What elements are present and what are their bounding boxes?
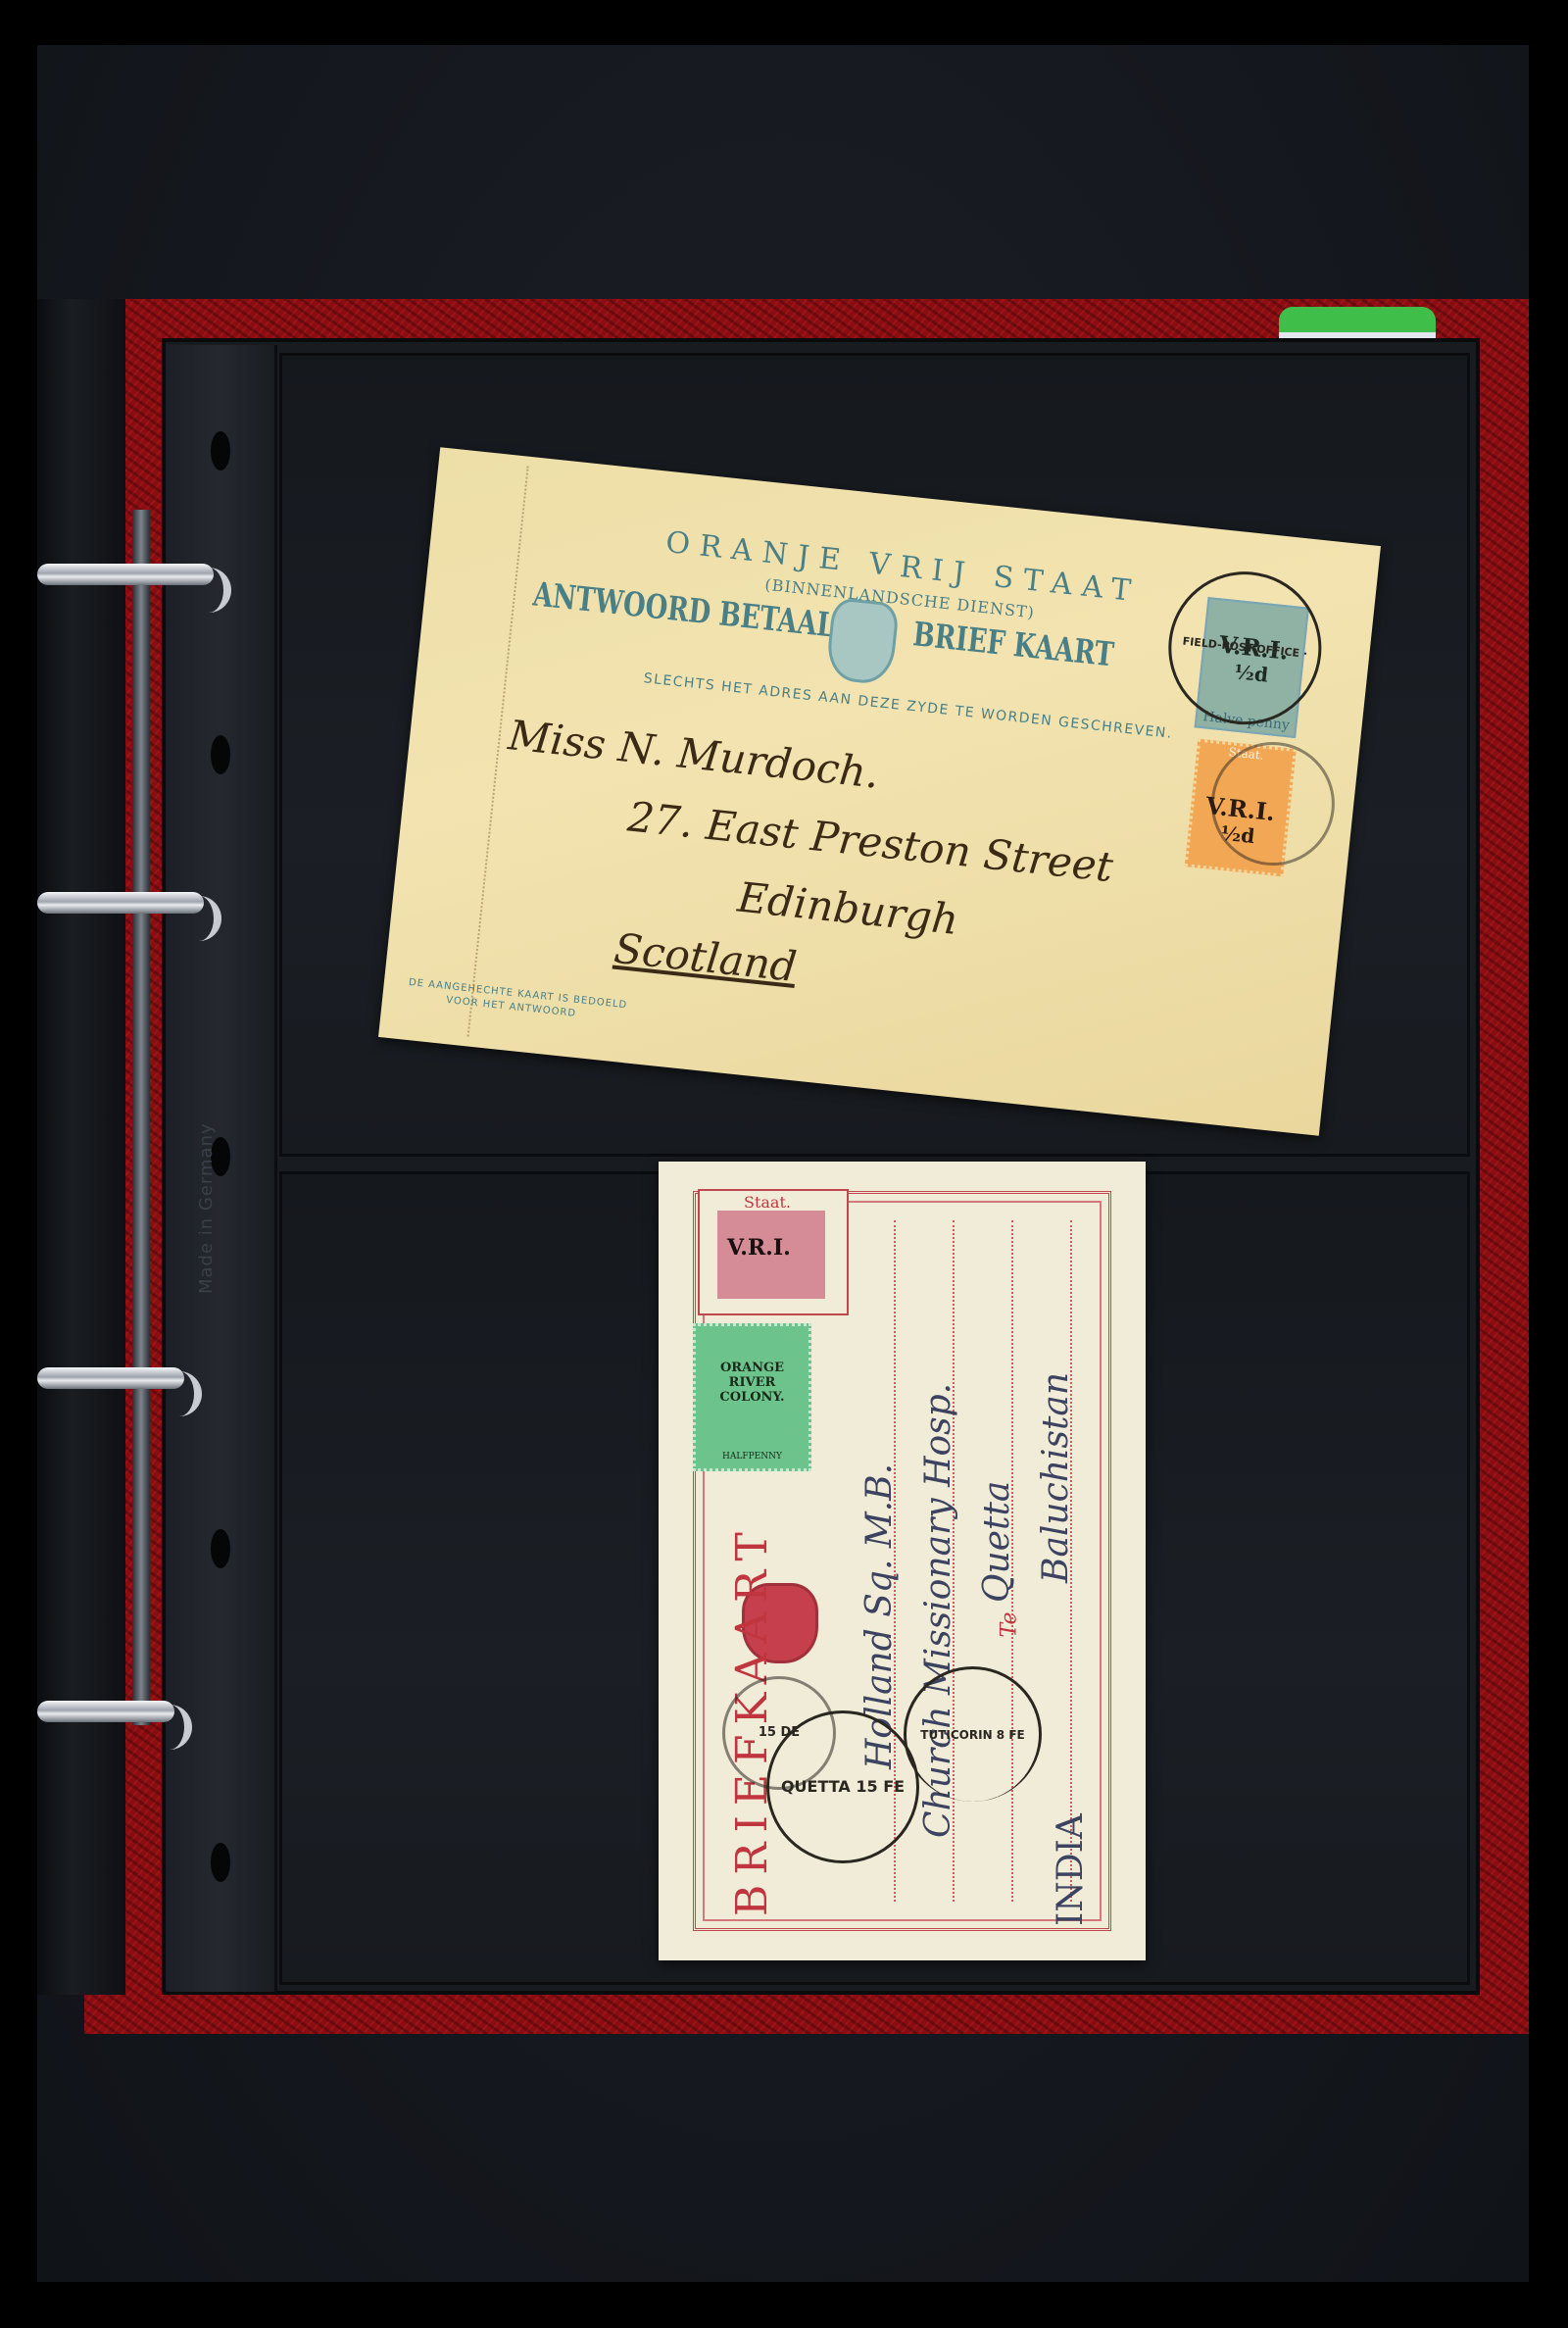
- address-line: Quetta: [977, 1481, 1017, 1603]
- punch-hole: [211, 735, 230, 774]
- binder-ring: [37, 892, 204, 914]
- punch-hole: [211, 1529, 230, 1568]
- postcard-briefkaart: Staat. V.R.I. ORANGE RIVER COLONY. HALFP…: [659, 1162, 1146, 1960]
- stamp-orange-river-colony: ORANGE RIVER COLONY. HALFPENNY: [693, 1323, 811, 1471]
- punch-hole: [211, 431, 230, 471]
- card-footer: DE AANGEHECHTE KAART IS BEDOELD VOOR HET…: [407, 976, 628, 1026]
- stamp-red-vri: Staat. V.R.I.: [698, 1189, 849, 1315]
- ring-post: [132, 510, 150, 1725]
- address-line: Scotland: [612, 924, 799, 991]
- binder-ring: [37, 1701, 174, 1722]
- album-spine: [37, 299, 125, 1995]
- overprint-line: ORANGE: [696, 1361, 808, 1375]
- address-line: INDIA: [1051, 1813, 1091, 1926]
- address-line: 27. East Preston Street: [625, 792, 1115, 891]
- to-label: Te: [998, 1612, 1022, 1638]
- page-imprint: Made in Germany: [196, 1122, 217, 1294]
- binder-ring: [37, 1367, 184, 1389]
- postmark-tuticorin: TUTICORIN 8 FE: [904, 1666, 1042, 1802]
- tab-green-band: [1279, 307, 1436, 332]
- binder-ring: [37, 564, 214, 585]
- overprint-line: RIVER: [696, 1375, 808, 1390]
- address-line: Baluchistan: [1036, 1372, 1076, 1583]
- coat-of-arms-icon: [825, 597, 900, 686]
- address-line: Edinburgh: [735, 873, 960, 944]
- postcard-orange-free-state: ORANJE VRIJ STAAT (BINNENLANDSCHE DIENST…: [378, 447, 1381, 1136]
- overprint-line: COLONY.: [696, 1390, 808, 1405]
- stamp-overprint: ORANGE RIVER COLONY.: [696, 1361, 808, 1405]
- stamp-overprint: V.R.I.: [727, 1235, 791, 1261]
- punch-hole: [211, 1843, 230, 1882]
- stamp-header: Staat.: [744, 1193, 791, 1212]
- postmark-quetta: QUETTA 15 FE: [766, 1710, 919, 1863]
- stamp-value: HALFPENNY: [696, 1450, 808, 1464]
- address-line: Miss N. Murdoch.: [506, 711, 881, 797]
